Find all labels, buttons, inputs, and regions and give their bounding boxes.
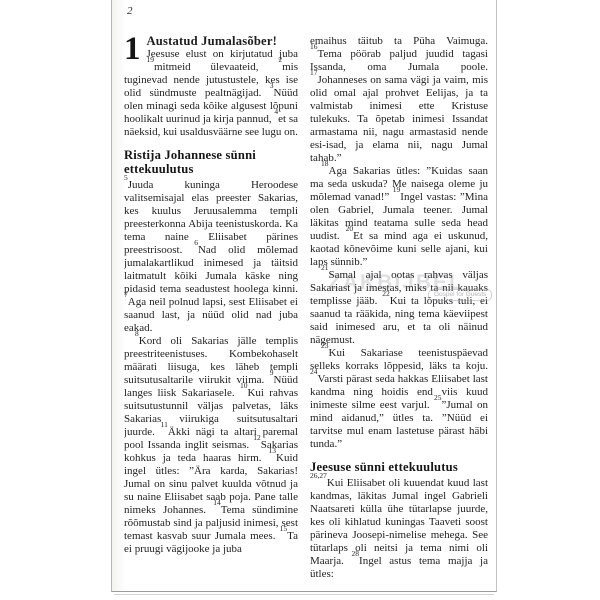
verse-number: 12 — [253, 433, 261, 442]
book-page-photo: 2 1 Austatud Jumalasõber! Jeesuse elust … — [0, 0, 600, 600]
intro-verse-text: Jeesuse elust on kirjutatud juba 19mitme… — [124, 48, 298, 138]
verse-number: 28 — [352, 549, 360, 558]
paragraph-verses-16-17: emaihus täitub ta Püha Vaimuga. 16Tema p… — [310, 35, 488, 165]
verse-number: 16 — [310, 42, 318, 51]
verse-number: 26,27 — [310, 471, 327, 480]
page-number: 2 — [127, 5, 133, 17]
chapter-opening-paragraph: 1 Austatud Jumalasõber! Jeesuse elust on… — [124, 35, 298, 139]
verse-number: 23 — [321, 341, 329, 350]
paragraph-verses-5-7: 5Juuda kuninga Heroodese valitsemisajal … — [124, 179, 298, 335]
verse-number: 20 — [346, 224, 354, 233]
verse-number: 18 — [321, 159, 329, 168]
verse-number: 4 — [274, 107, 278, 116]
chapter-number-dropcap: 1 — [124, 35, 147, 62]
verse-number: 6 — [194, 238, 198, 247]
right-column: emaihus täitub ta Püha Vaimuga. 16Tema p… — [310, 35, 488, 587]
book-page: 2 1 Austatud Jumalasõber! Jeesuse elust … — [111, 0, 497, 592]
paragraph-verses-18-20: 18Aga Sakarias ütles: ”Kuidas saan ma se… — [310, 165, 488, 269]
paragraph-verses-8-15: 8Kord oli Sakarias jälle templis preestr… — [124, 335, 298, 556]
left-column: 1 Austatud Jumalasõber! Jeesuse elust on… — [124, 35, 298, 587]
verse-number: 25 — [434, 393, 442, 402]
page-stack-edge — [114, 594, 494, 595]
verse-number: 19 — [393, 185, 401, 194]
verse-number: 17 — [310, 68, 318, 77]
verse-number: 22 — [382, 289, 390, 298]
text-columns: 1 Austatud Jumalasõber! Jeesuse elust on… — [124, 35, 488, 587]
verse-number: 7 — [124, 290, 128, 299]
verse-number: 13 — [269, 446, 277, 455]
paragraph-verses-21-22: 21Samal ajal ootas rahvas väljas Sakaria… — [310, 269, 488, 347]
verse-number: 15 — [280, 524, 288, 533]
verse-number: 9 — [270, 368, 274, 377]
verse-number: 3 — [270, 81, 274, 90]
verse-number: 2 — [278, 55, 282, 64]
verse-number: 19 — [147, 55, 155, 64]
verse-number: 11 — [161, 420, 168, 429]
verse-number: 14 — [213, 498, 221, 507]
chapter-title: Austatud Jumalasõber! — [124, 35, 298, 48]
verse-number: 10 — [240, 381, 248, 390]
section-heading-john: Ristija Johannese sünni ettekuulutus — [124, 148, 298, 176]
verse-number: 21 — [321, 263, 329, 272]
verse-number: 24 — [310, 367, 318, 376]
section-heading-jesus: Jeesuse sünni ettekuulutus — [310, 460, 488, 474]
paragraph-verses-23-25: 23Kui Sakariase teenistuspäevad selleks … — [310, 347, 488, 451]
verse-number: 5 — [124, 173, 128, 182]
verse-number: 8 — [135, 329, 139, 338]
paragraph-verses-26-28: 26,27Kui Eliisabet oli kuuendat kuud las… — [310, 477, 488, 581]
